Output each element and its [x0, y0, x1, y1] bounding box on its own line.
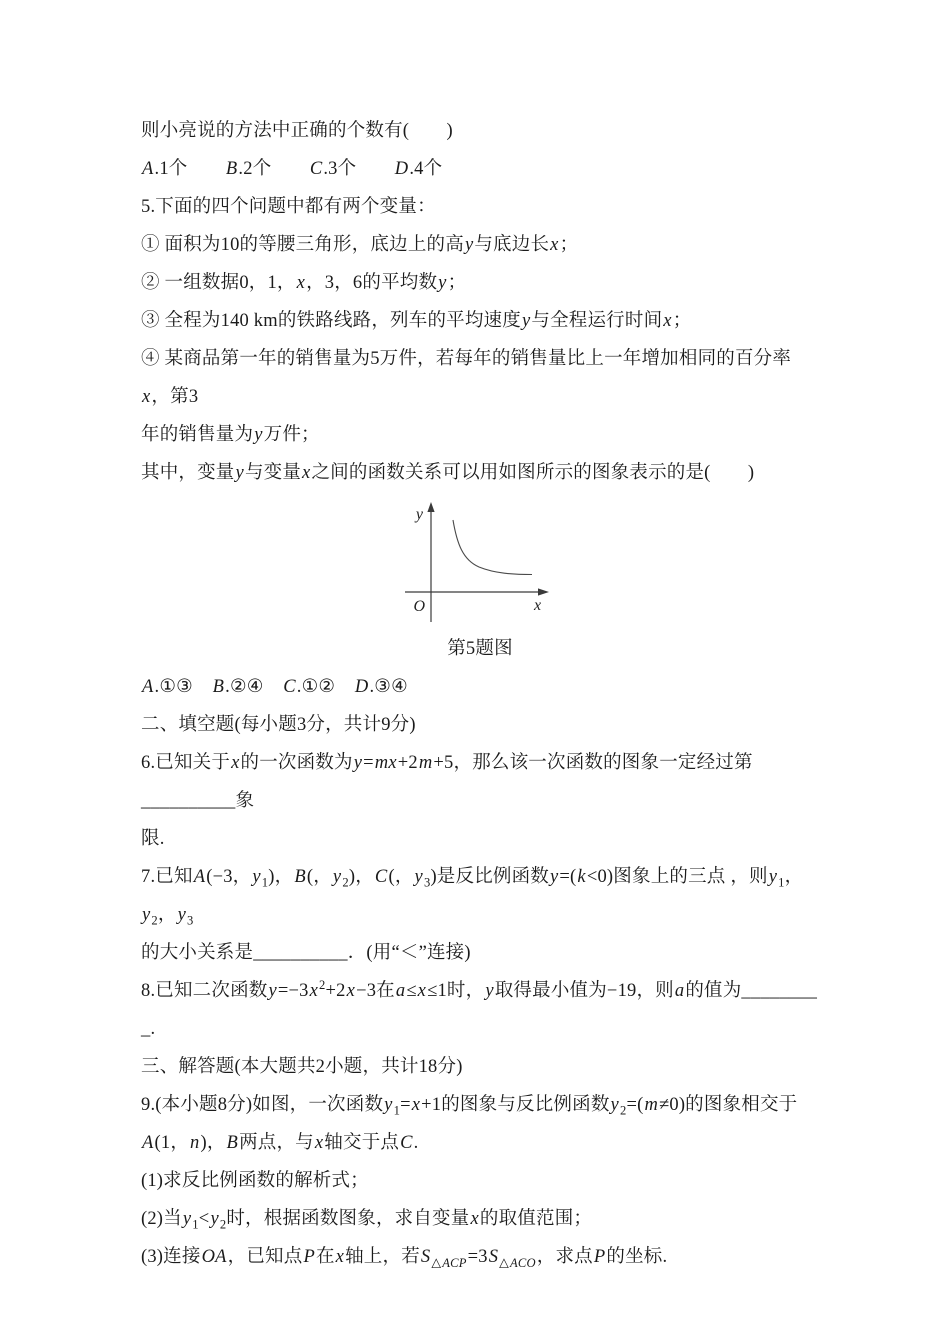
text-line: A(1，n)，B两点，与x轴交于点C. — [141, 1124, 819, 1162]
text-line: 9.(本小题8分)如图，一次函数y1=x+1的图象与反比例函数y2=(m≠0)的… — [141, 1086, 819, 1124]
text-line: A.1个 B.2个 C.3个 D.4个 — [141, 150, 819, 188]
text-line: 5.下面的四个问题中都有两个变量： — [141, 188, 819, 226]
x-axis-arrow-icon — [538, 588, 549, 595]
text-line: 则小亮说的方法中正确的个数有( ) — [141, 112, 819, 150]
text-line: 限. — [141, 820, 819, 858]
text-line: 三、解答题(本大题共2小题，共计18分) — [141, 1048, 819, 1086]
text-line: _. — [141, 1010, 819, 1048]
text-line: ③ 全程为140 km的铁路线路，列车的平均速度y与全程运行时间x； — [141, 302, 819, 340]
worksheet-page: 则小亮说的方法中正确的个数有( )A.1个 B.2个 C.3个 D.4个5.下面… — [0, 0, 950, 1344]
document-body: 则小亮说的方法中正确的个数有( )A.1个 B.2个 C.3个 D.4个5.下面… — [141, 112, 819, 1276]
question5-figure-row: y x O — [141, 492, 819, 630]
text-line: ④ 某商品第一年的销售量为5万件，若每年的销售量比上一年增加相同的百分率x，第3 — [141, 340, 819, 416]
y-axis-arrow-icon — [427, 502, 434, 512]
text-line: (3)连接OA，已知点P在x轴上，若S△ACP=3S△ACO，求点P的坐标. — [141, 1238, 819, 1276]
text-line: ② 一组数据0，1，x，3，6的平均数y； — [141, 264, 819, 302]
text-line: 6.已知关于x的一次函数为y=mx+2m+5，那么该一次函数的图象一定经过第__… — [141, 744, 819, 820]
text-line: 二、填空题(每小题3分，共计9分) — [141, 706, 819, 744]
text-line: 年的销售量为y万件； — [141, 416, 819, 454]
text-line: (1)求反比例函数的解析式； — [141, 1162, 819, 1200]
text-line: 7.已知A(−3，y1)，B(，y2)，C(，y3)是反比例函数y=(k<0)图… — [141, 858, 819, 934]
y-axis-label: y — [414, 506, 424, 523]
text-line: 8.已知二次函数y=−3x2+2x−3在a≤x≤1时，y取得最小值为−19，则a… — [141, 972, 819, 1010]
origin-label: O — [413, 598, 425, 615]
hyperbola-curve — [453, 520, 532, 575]
question5-figure: y x O — [391, 500, 561, 626]
text-line: ① 面积为10的等腰三角形，底边上的高y与底边长x； — [141, 226, 819, 264]
x-axis-label: x — [533, 597, 541, 614]
text-line: (2)当y1<y2时，根据函数图象，求自变量x的取值范围； — [141, 1200, 819, 1238]
figure-caption: 第5题图 — [141, 630, 819, 668]
text-line: 的大小关系是__________．(用“＜”连接) — [141, 934, 819, 972]
text-line: A.①③ B.②④ C.①② D.③④ — [141, 668, 819, 706]
text-line: 其中，变量y与变量x之间的函数关系可以用如图所示的图象表示的是( ) — [141, 454, 819, 492]
